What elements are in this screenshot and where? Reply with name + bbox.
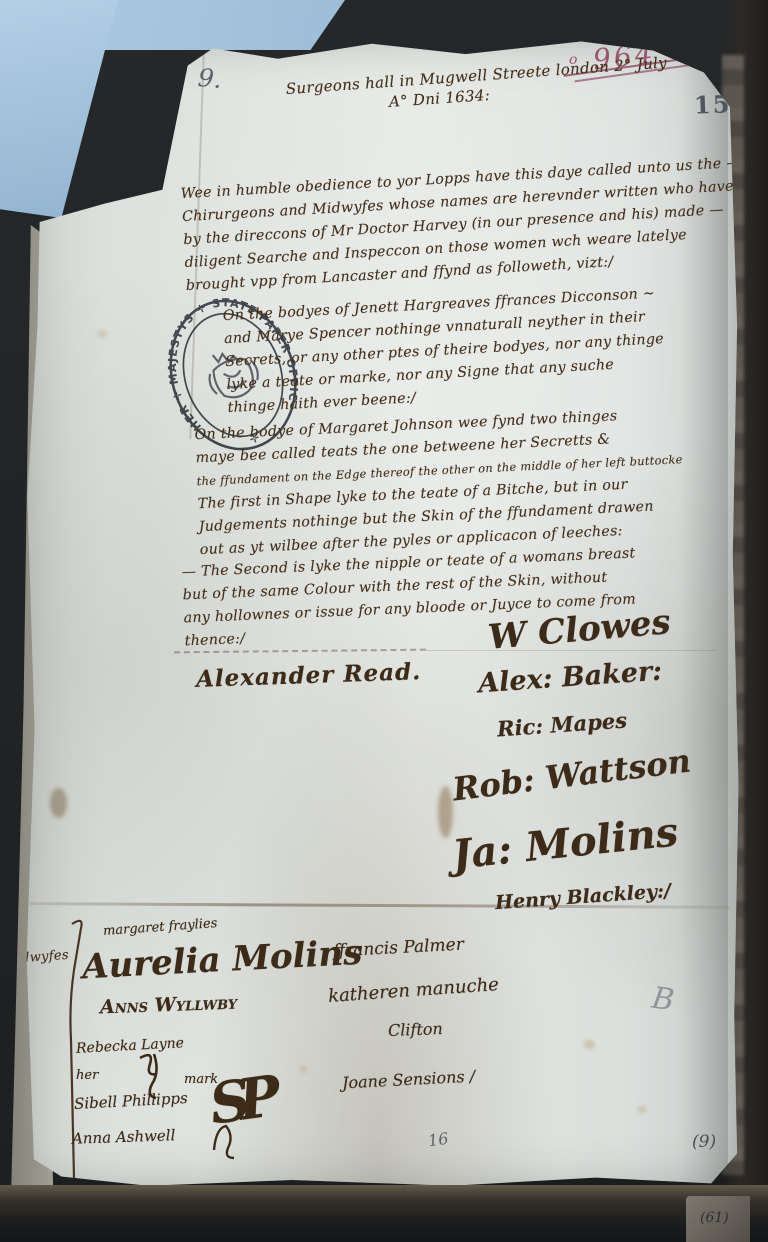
- midwife-aurelia-molins: Aurelia Molins: [81, 933, 363, 988]
- under-page-folio-number: (61): [700, 1210, 729, 1226]
- midwife-anns-wyllwby: Anns Wyllwby: [100, 992, 238, 1019]
- foxing-spot-4: [98, 330, 107, 338]
- layne-mark-pre: her: [76, 1068, 98, 1083]
- foxing-spot-3: [300, 1066, 307, 1072]
- background-blue-surface-left: [0, 0, 118, 218]
- midwife-sibell-phillipps: Sibell Phillipps: [74, 1089, 189, 1113]
- ink-drip-stain: [438, 786, 453, 838]
- manuscript-photograph: 9. o 964 15 Surgeons hall in Mugwell Str…: [0, 0, 768, 1242]
- foxing-spot-1: [584, 1040, 595, 1049]
- midwife-clifton: Clifton: [388, 1019, 443, 1040]
- midwife-margaret-fraylies: margaret fraylies: [103, 916, 218, 939]
- pencil-folio-nine: 9.: [197, 63, 223, 94]
- pencil-letter-b: B: [650, 981, 677, 1019]
- paragraph-3: On the bodye of Margaret Johnson wee fyn…: [194, 400, 740, 562]
- ashwell-mark-glyph: [206, 1120, 238, 1162]
- pencil-sixteen: 16: [427, 1129, 450, 1151]
- under-page-corner: (61): [686, 1196, 750, 1242]
- signature-ja-molins: Ja: Molins: [450, 808, 680, 878]
- book-edge-bottom: [0, 1185, 768, 1242]
- left-edge-blot: [50, 788, 67, 818]
- midwife-anna-ashwell: Anna Ashwell: [72, 1126, 176, 1148]
- pencil-nine-paren: (9): [692, 1132, 716, 1152]
- midwife-joane-sensions: Joane Sensions /: [342, 1067, 476, 1093]
- signature-ric-mapes: Ric: Mapes: [496, 707, 627, 741]
- paragraph-1: Wee in humble obedience to yor Lopps hav…: [180, 153, 726, 298]
- signature-henry-blackley: Henry Blackley:/: [494, 880, 671, 914]
- signature-alexander-read: Alexander Read.: [196, 658, 422, 693]
- paragraph-2: On the bodyes of Jenett Hargreaves ffran…: [222, 279, 727, 420]
- signature-rob-wattson: Rob: Wattson: [451, 742, 693, 809]
- foxing-spot-2: [638, 1106, 646, 1113]
- signature-alex-baker: Alex: Baker:: [477, 656, 663, 700]
- midwife-katheren-manuche: katheren manuche: [327, 974, 499, 1007]
- heading: Surgeons hall in Mugwell Streete london …: [285, 48, 747, 118]
- manuscript-page: 9. o 964 15 Surgeons hall in Mugwell Str…: [18, 38, 740, 1188]
